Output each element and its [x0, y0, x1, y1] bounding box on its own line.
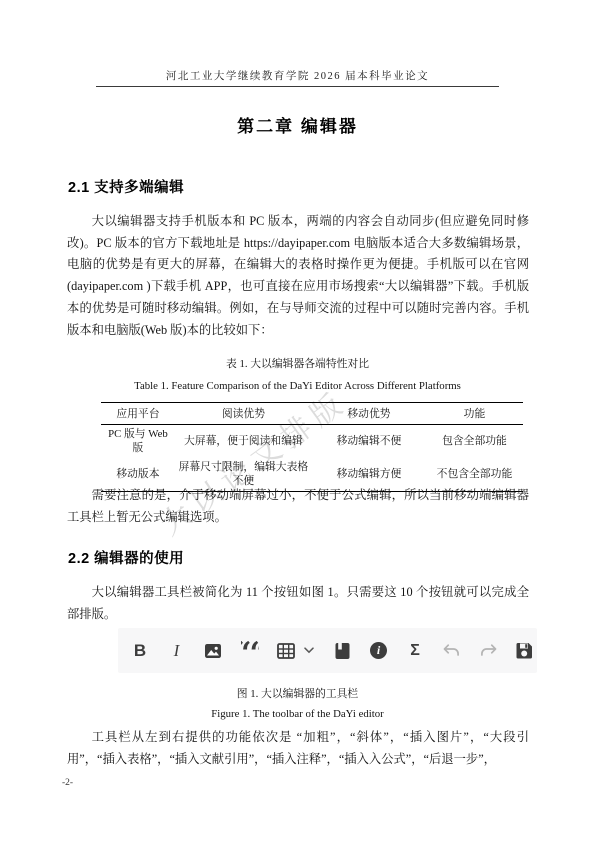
table-cell: PC 版与 Web 版	[101, 425, 175, 459]
paragraph: 需要注意的是，介于移动端屏幕过小，不便于公式编辑，所以当前移动端编辑器工具栏上暂…	[67, 485, 529, 528]
bold-icon: B	[131, 641, 149, 661]
table-cell: 包含全部功能	[426, 425, 523, 459]
annotation-info-icon: i	[370, 641, 388, 661]
section-heading-2-2: 2.2 编辑器的使用	[68, 547, 184, 568]
chevron-down-icon	[304, 641, 315, 661]
blockquote-icon: ““	[241, 641, 259, 661]
page-header: 河北工业大学继续教育学院 2026 届本科毕业论文	[0, 68, 595, 83]
table-caption-zh: 表 1. 大以编辑器各端特性对比	[0, 356, 595, 371]
table-row: PC 版与 Web 版 大屏幕，便于阅读和编辑 移动编辑不便 包含全部功能	[101, 425, 523, 459]
paragraph: 大以编辑器支持手机版本和 PC 版本，两端的内容会自动同步(但应避免同时修改)。…	[67, 211, 529, 341]
save-icon	[516, 641, 534, 661]
undo-icon	[443, 641, 461, 661]
redo-icon	[479, 641, 497, 661]
col-header: 功能	[426, 403, 523, 425]
header-rule	[96, 86, 499, 87]
table-header-row: 应用平台 阅读优势 移动优势 功能	[101, 403, 523, 425]
paragraph: 大以编辑器工具栏被简化为 11 个按钮如图 1。只需要这 10 个按钮就可以完成…	[67, 582, 529, 625]
italic-icon: I	[168, 641, 186, 661]
table-cell: 移动编辑不便	[312, 425, 426, 459]
section-heading-2-1: 2.1 支持多端编辑	[68, 176, 184, 197]
insert-table-icon	[277, 641, 295, 661]
toolbar-figure-image: B I ““	[118, 628, 537, 673]
document-page: 大以论文排版 河北工业大学继续教育学院 2026 届本科毕业论文 第二章 编辑器…	[0, 0, 595, 842]
formula-sigma-icon: Σ	[406, 641, 424, 661]
figure-caption-zh: 图 1. 大以编辑器的工具栏	[0, 686, 595, 701]
paragraph: 工具栏从左到右提供的功能依次是 “加粗”，“斜体”，“插入图片”，“大段引用”，…	[67, 727, 529, 770]
table-cell: 大屏幕，便于阅读和编辑	[175, 425, 312, 459]
page-number: -2-	[62, 778, 73, 788]
citation-book-icon	[333, 641, 351, 661]
chapter-title: 第二章 编辑器	[0, 112, 595, 137]
col-header: 移动优势	[312, 403, 426, 425]
table-caption-en: Table 1. Feature Comparison of the DaYi …	[0, 380, 595, 392]
col-header: 应用平台	[101, 403, 175, 425]
figure-caption-en: Figure 1. The toolbar of the DaYi editor	[0, 708, 595, 720]
col-header: 阅读优势	[175, 403, 312, 425]
comparison-table: 应用平台 阅读优势 移动优势 功能 PC 版与 Web 版 大屏幕，便于阅读和编…	[101, 402, 523, 492]
insert-image-icon	[204, 641, 222, 661]
